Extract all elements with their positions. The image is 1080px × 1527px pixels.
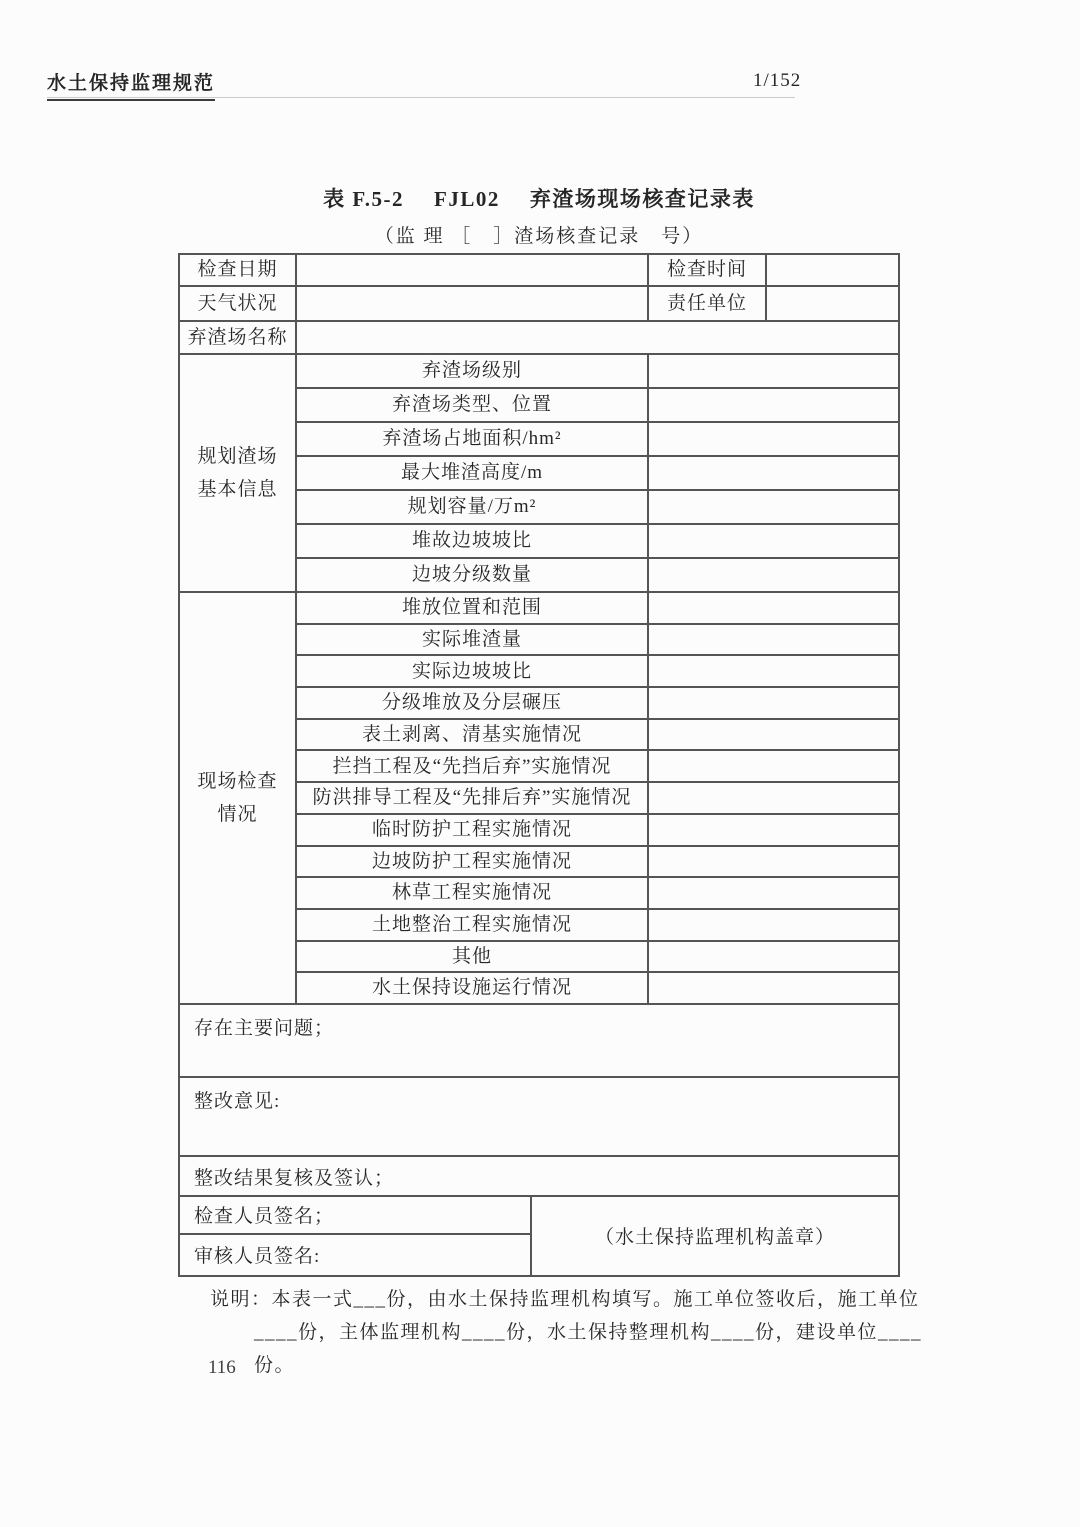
planning-field-label: 弃渣场类型、位置 <box>297 389 649 423</box>
signature-section: 检查人员签名； 审核人员签名: （水土保持监理机构盖章） <box>180 1197 898 1275</box>
inspection-field-label: 林草工程实施情况 <box>297 878 649 910</box>
planning-field-label: 弃渣场占地面积/hm² <box>297 423 649 457</box>
inspection-field-value-cell <box>649 942 898 974</box>
form-note-line1: 说明：本表一式___份，由水土保持监理机构填写。施工单位签收后，施工单位 <box>210 1283 950 1316</box>
check-date-label: 检查日期 <box>180 255 297 287</box>
site-name-value-cell <box>297 322 898 355</box>
weather-value-cell <box>297 287 649 322</box>
planning-field-value-cell <box>649 525 898 559</box>
planning-field-value-cell <box>649 559 898 593</box>
planning-field-value-cell <box>649 423 898 457</box>
inspection-section-label: 现场检查 情况 <box>180 593 297 1005</box>
planning-field-label: 边坡分级数量 <box>297 559 649 593</box>
check-time-value-cell <box>767 255 898 287</box>
inspection-field-value-cell <box>649 625 898 657</box>
form-grid: 检查日期 检查时间 天气状况 责任单位 弃渣场名称 规划渣场 基本信息 弃渣场级… <box>180 255 898 1005</box>
planning-field-label: 最大堆渣高度/m <box>297 457 649 491</box>
page-indicator: 1/152 <box>753 70 801 92</box>
planning-field-value-cell <box>649 457 898 491</box>
form-name: 弃渣场现场核查记录表 <box>530 183 755 213</box>
inspection-field-value-cell <box>649 593 898 625</box>
inspection-field-value-cell <box>649 878 898 910</box>
inspector-signature-field: 检查人员签名； <box>180 1197 532 1235</box>
form-code: FJL02 <box>434 187 500 212</box>
responsible-unit-value-cell <box>767 287 898 322</box>
inspection-field-value-cell <box>649 910 898 942</box>
inspection-field-label: 防洪排导工程及“先排后弃”实施情况 <box>297 783 649 815</box>
inspection-field-value-cell <box>649 688 898 720</box>
weather-label: 天气状况 <box>180 287 297 322</box>
planning-field-label: 弃渣场级别 <box>297 355 649 389</box>
inspection-field-value-cell <box>649 751 898 783</box>
check-date-value-cell <box>297 255 649 287</box>
inspection-field-value-cell <box>649 720 898 752</box>
planning-field-label: 堆故边坡坡比 <box>297 525 649 559</box>
planning-field-value-cell <box>649 389 898 423</box>
check-time-label: 检查时间 <box>649 255 767 287</box>
site-name-label: 弃渣场名称 <box>180 322 297 355</box>
problems-field: 存在主要问题； <box>180 1005 898 1078</box>
inspection-field-label: 水土保持设施运行情况 <box>297 973 649 1005</box>
inspection-field-label: 实际边坡坡比 <box>297 656 649 688</box>
rectification-field: 整改意见: <box>180 1078 898 1157</box>
record-form-table: 检查日期 检查时间 天气状况 责任单位 弃渣场名称 规划渣场 基本信息 弃渣场级… <box>178 253 900 1277</box>
inspection-field-label: 临时防护工程实施情况 <box>297 815 649 847</box>
inspection-field-label: 实际堆渣量 <box>297 625 649 657</box>
document-title: 水土保持监理规范 <box>47 68 215 101</box>
form-table-number: 表 F.5-2 <box>323 183 404 213</box>
page-number: 116 <box>208 1357 236 1379</box>
inspection-field-value-cell <box>649 656 898 688</box>
inspection-field-value-cell <box>649 847 898 879</box>
inspection-field-label: 边坡防护工程实施情况 <box>297 847 649 879</box>
inspection-field-label: 堆放位置和范围 <box>297 593 649 625</box>
inspection-field-label: 拦挡工程及“先挡后弃”实施情况 <box>297 751 649 783</box>
planning-field-value-cell <box>649 355 898 389</box>
form-subtitle: （监 理 ［ ］渣场核查记录 号） <box>178 221 900 248</box>
agency-stamp-placeholder: （水土保持监理机构盖章） <box>532 1197 898 1275</box>
responsible-unit-label: 责任单位 <box>649 287 767 322</box>
form-note-line2: ____份，主体监理机构____份，水土保持整理机构____份，建设单位____… <box>254 1316 950 1382</box>
inspection-field-value-cell <box>649 783 898 815</box>
inspection-field-value-cell <box>649 815 898 847</box>
inspection-field-label: 分级堆放及分层碾压 <box>297 688 649 720</box>
inspection-field-label: 表土剥离、清基实施情况 <box>297 720 649 752</box>
inspection-field-value-cell <box>649 973 898 1005</box>
planning-section-label: 规划渣场 基本信息 <box>180 355 297 593</box>
form-title: 表 F.5-2 FJL02 弃渣场现场核查记录表 <box>178 183 900 213</box>
reviewer-signature-field: 审核人员签名: <box>180 1235 532 1275</box>
inspection-field-label: 其他 <box>297 942 649 974</box>
rectification-result-field: 整改结果复核及签认； <box>180 1157 898 1197</box>
planning-field-value-cell <box>649 491 898 525</box>
planning-field-label: 规划容量/万m² <box>297 491 649 525</box>
inspection-field-label: 土地整治工程实施情况 <box>297 910 649 942</box>
form-note: 说明：本表一式___份，由水土保持监理机构填写。施工单位签收后，施工单位 ___… <box>210 1283 950 1382</box>
